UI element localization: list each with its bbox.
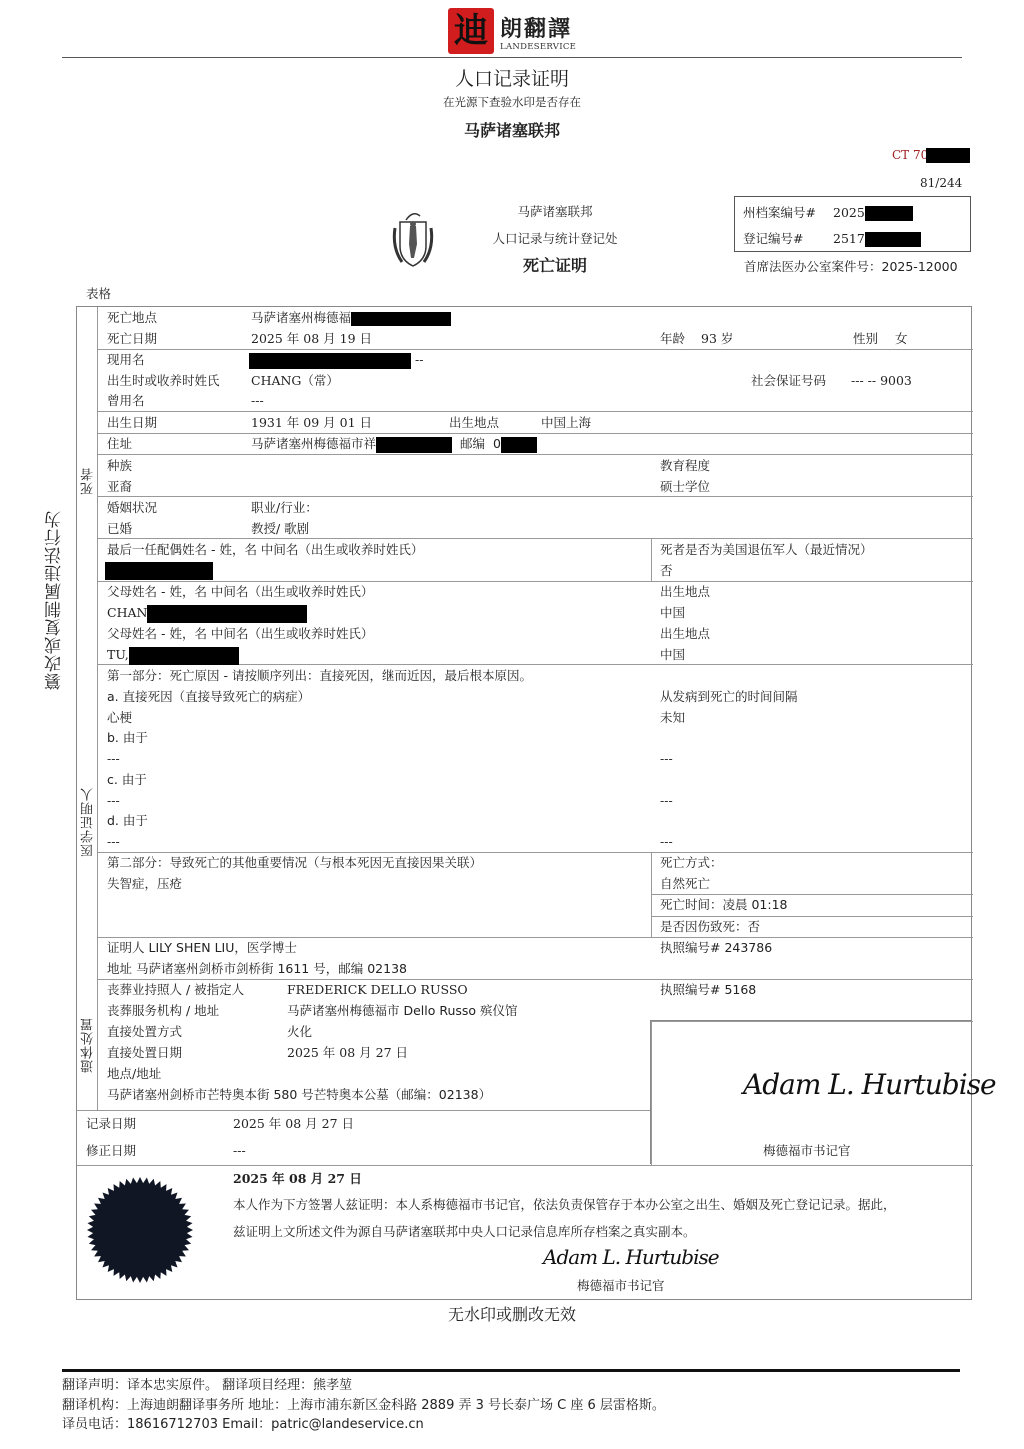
parent2-birthplace-value: 中国 — [660, 645, 685, 666]
attestation-line1: 本人作为下方签署人兹证明：本人系梅德福市书记官，依法负责保管存于本办公室之出生、… — [233, 1195, 896, 1216]
redaction — [249, 353, 411, 369]
parent1-birthplace-label: 出生地点 — [660, 582, 710, 603]
parent1-value: CHAN — [107, 605, 147, 620]
footer-contact: 译员电话：18616712703 Email：patric@landeservi… — [62, 1413, 424, 1432]
injury-related: 是否因伤致死：否 — [660, 917, 760, 938]
redaction — [501, 437, 537, 453]
logo-name: 朗翻譯 — [500, 12, 572, 43]
footer-divider — [62, 1369, 960, 1372]
disposition-date-value: 2025 年 08 月 27 日 — [287, 1043, 408, 1064]
facility-value: 马萨诸塞州梅德福市 Dello Russo 殡仪馆 — [287, 1001, 518, 1022]
age-value: 93 岁 — [701, 329, 733, 350]
parent2-label: 父母姓名 - 姓，名 中间名（出生或收养时姓氏） — [107, 624, 373, 645]
redaction — [129, 647, 239, 665]
cause-d-value: --- — [107, 832, 120, 853]
invalid-warning: 无水印或删改无效 — [0, 1302, 1024, 1325]
logo-english: LANDESERVICE — [500, 42, 576, 52]
redaction — [926, 148, 970, 163]
ssn-value: --- -- 9003 — [851, 371, 912, 392]
place-of-death-value: 马萨诸塞州梅德福 — [251, 310, 351, 325]
redaction — [376, 437, 452, 453]
current-name-label: 现用名 — [107, 350, 145, 371]
page-indicator: 81/244 — [920, 176, 962, 190]
interval-b: --- — [660, 749, 673, 770]
facility-label: 丧葬服务机构 / 地址 — [107, 1001, 219, 1022]
place-value: 马萨诸塞州剑桥市芒特奥本街 580 号芒特奥本公墓（邮编：02138） — [107, 1085, 491, 1106]
marital-value: 已婚 — [107, 519, 132, 540]
registry-value: 2517 — [833, 231, 865, 246]
birth-surname-label: 出生时或收养时姓氏 — [107, 371, 220, 392]
footer-agency: 翻译机构：上海迪朗翻译事务所 地址：上海市浦东新区金科路 2889 弄 3 号长… — [62, 1394, 665, 1413]
part2-value: 失智症，压疮 — [107, 874, 182, 895]
footer-translation-statement: 翻译声明：译本忠实原件。 翻译项目经理：熊孝堃 — [62, 1374, 352, 1393]
residence-value: 马萨诸塞州梅德福市祥 — [251, 436, 376, 451]
recorded-date-label: 记录日期 — [86, 1114, 136, 1135]
parent2-birthplace-label: 出生地点 — [660, 624, 710, 645]
place-label: 地点/地址 — [107, 1064, 161, 1085]
attestation-line2: 兹证明上文所述文件为源自马萨诸塞联邦中央人口记录信息库所存档案之真实副本。 — [233, 1222, 696, 1243]
manner-label: 死亡方式： — [660, 853, 723, 874]
redaction — [351, 312, 451, 326]
parent1: CHAN — [107, 603, 307, 624]
cause-c-label: c. 由于 — [107, 770, 147, 791]
amended-date-value: --- — [233, 1141, 246, 1162]
manner-value: 自然死亡 — [660, 874, 710, 895]
signature-box — [650, 1020, 972, 1164]
interval-label: 从发病到死亡的时间间隔 — [660, 687, 798, 708]
place-of-death-label: 死亡地点 — [107, 308, 157, 329]
sex-value: 女 — [895, 329, 908, 350]
sex-label: 性别 — [853, 329, 878, 350]
method-label: 直接处置方式 — [107, 1022, 182, 1043]
cause-b-label: b. 由于 — [107, 728, 148, 749]
parent1-birthplace-value: 中国 — [660, 603, 685, 624]
funeral-director-label: 丧葬业持照人 / 被指定人 — [107, 980, 244, 1001]
registry-row: 登记编号#2517 — [743, 229, 921, 247]
state-file-label: 州档案编号# — [743, 203, 833, 221]
attestation-signer-title: 梅德福市书记官 — [577, 1276, 665, 1297]
registry-label: 登记编号# — [743, 229, 833, 247]
zip-value: 0 — [493, 436, 501, 451]
date-of-death-label: 死亡日期 — [107, 329, 157, 350]
form-label: 表格 — [86, 284, 111, 302]
medical-examiner-case: 首席法医办公室案件号：2025-12000 — [744, 257, 958, 275]
disposition-date-label: 直接处置日期 — [107, 1043, 182, 1064]
agency-name: 人口记录与统计登记处 — [430, 229, 680, 247]
id-box: 州档案编号#2025 登记编号#2517 — [734, 196, 971, 252]
redaction — [865, 232, 921, 247]
marital-label: 婚姻状况 — [107, 498, 157, 519]
cause-c-value: --- — [107, 791, 120, 812]
education-label: 教育程度 — [660, 456, 710, 477]
race-label: 种族 — [107, 456, 132, 477]
zip-label: 邮编 — [460, 436, 485, 451]
side-label-medical-certifier: 医学证明人 — [79, 787, 98, 857]
date-of-death-value: 2025 年 08 月 19 日 — [251, 329, 372, 350]
side-label-disposition: 遗体处置 — [79, 1017, 98, 1073]
parent2: TU, — [107, 645, 239, 666]
redaction — [147, 605, 307, 623]
dob-label: 出生日期 — [107, 413, 157, 434]
occupation-value: 教授/ 歌剧 — [251, 519, 309, 540]
former-name-label: 曾用名 — [107, 391, 145, 412]
funeral-director-value: FREDERICK DELLO RUSSO — [287, 980, 468, 1001]
parent1-label: 父母姓名 - 姓，名 中间名（出生或收养时姓氏） — [107, 582, 373, 603]
tamper-warning: 篡改或复制属违法行为 — [42, 510, 67, 690]
method-value: 火化 — [287, 1022, 312, 1043]
funeral-license: 执照编号# 5168 — [660, 980, 756, 1001]
part2-title: 第二部分：导致死亡的其他重要情况（与根本死因无直接因果关联） — [107, 853, 482, 874]
birth-surname-value: CHANG（常） — [251, 371, 339, 392]
interval-d: --- — [660, 832, 673, 853]
birthplace-value: 中国上海 — [541, 413, 591, 434]
cause-a-label: a. 直接死因（直接导致死亡的病症） — [107, 687, 310, 708]
logo-mark: 迪 — [448, 8, 494, 54]
dob-value: 1931 年 09 月 01 日 — [251, 413, 372, 434]
education-value: 硕士学位 — [660, 477, 710, 498]
residence: 马萨诸塞州梅德福市祥 邮编 0 — [251, 434, 537, 455]
company-logo: 迪 朗翻譯 LANDESERVICE — [448, 8, 576, 56]
place-of-death: 马萨诸塞州梅德福 — [251, 308, 451, 329]
birthplace-label: 出生地点 — [449, 413, 499, 434]
certifier-license: 执照编号# 243786 — [660, 938, 772, 959]
time-of-death: 死亡时间：凌晨 01:18 — [660, 895, 788, 916]
spouse-value — [105, 560, 213, 581]
state-file-value: 2025 — [833, 205, 865, 220]
header-divider — [62, 57, 962, 58]
agency-state: 马萨诸塞联邦 — [430, 202, 680, 220]
veteran-value: 否 — [660, 561, 673, 582]
interval-a: 未知 — [660, 708, 685, 729]
race-value: 亚裔 — [107, 477, 132, 498]
ct-number-text: CT 70 — [892, 148, 928, 162]
occupation-label: 职业/行业： — [251, 498, 318, 519]
certifier-name: 证明人 LILY SHEN LIU，医学博士 — [107, 938, 297, 959]
cause-a-value: 心梗 — [107, 708, 132, 729]
amended-date-label: 修正日期 — [86, 1141, 136, 1162]
document-title: 人口记录证明 — [0, 64, 1024, 91]
part1-title: 第一部分：死亡原因 - 请按顺序列出：直接死因，继而近因，最后根本原因。 — [107, 666, 532, 687]
redaction — [105, 562, 213, 580]
redaction — [865, 206, 913, 221]
cause-d-label: d. 由于 — [107, 811, 148, 832]
interval-c: --- — [660, 791, 673, 812]
current-name: -- — [249, 350, 423, 371]
attestation-signature: Adam L. Hurtubise — [543, 1247, 719, 1268]
cause-b-value: --- — [107, 749, 120, 770]
former-name-value: --- — [251, 391, 264, 412]
watermark-note: 在光源下查验水印是否存在 — [0, 94, 1024, 110]
side-label-decedent: 死者 — [79, 467, 98, 495]
attestation-date: 2025 年 08 月 27 日 — [233, 1169, 362, 1190]
certifier-address: 地址 马萨诸塞州剑桥市剑桥街 1611 号，邮编 02138 — [107, 959, 407, 980]
residence-label: 住址 — [107, 434, 132, 455]
current-name-suffix: -- — [415, 352, 423, 367]
age-label: 年龄 — [660, 329, 685, 350]
official-seal-icon — [86, 1176, 194, 1284]
certificate-title: 死亡证明 — [430, 253, 680, 276]
ssn-label: 社会保证号码 — [751, 371, 826, 392]
state-file-row: 州档案编号#2025 — [743, 203, 913, 221]
ct-number: CT 70 — [892, 148, 970, 163]
parent2-value: TU, — [107, 647, 129, 662]
recorded-date-value: 2025 年 08 月 27 日 — [233, 1114, 354, 1135]
veteran-label: 死者是否为美国退伍军人（最近情况） — [660, 540, 873, 561]
spouse-label: 最后一任配偶姓名 - 姓，名 中间名（出生或收养时姓氏） — [107, 540, 423, 561]
state-title: 马萨诸塞联邦 — [0, 118, 1024, 141]
